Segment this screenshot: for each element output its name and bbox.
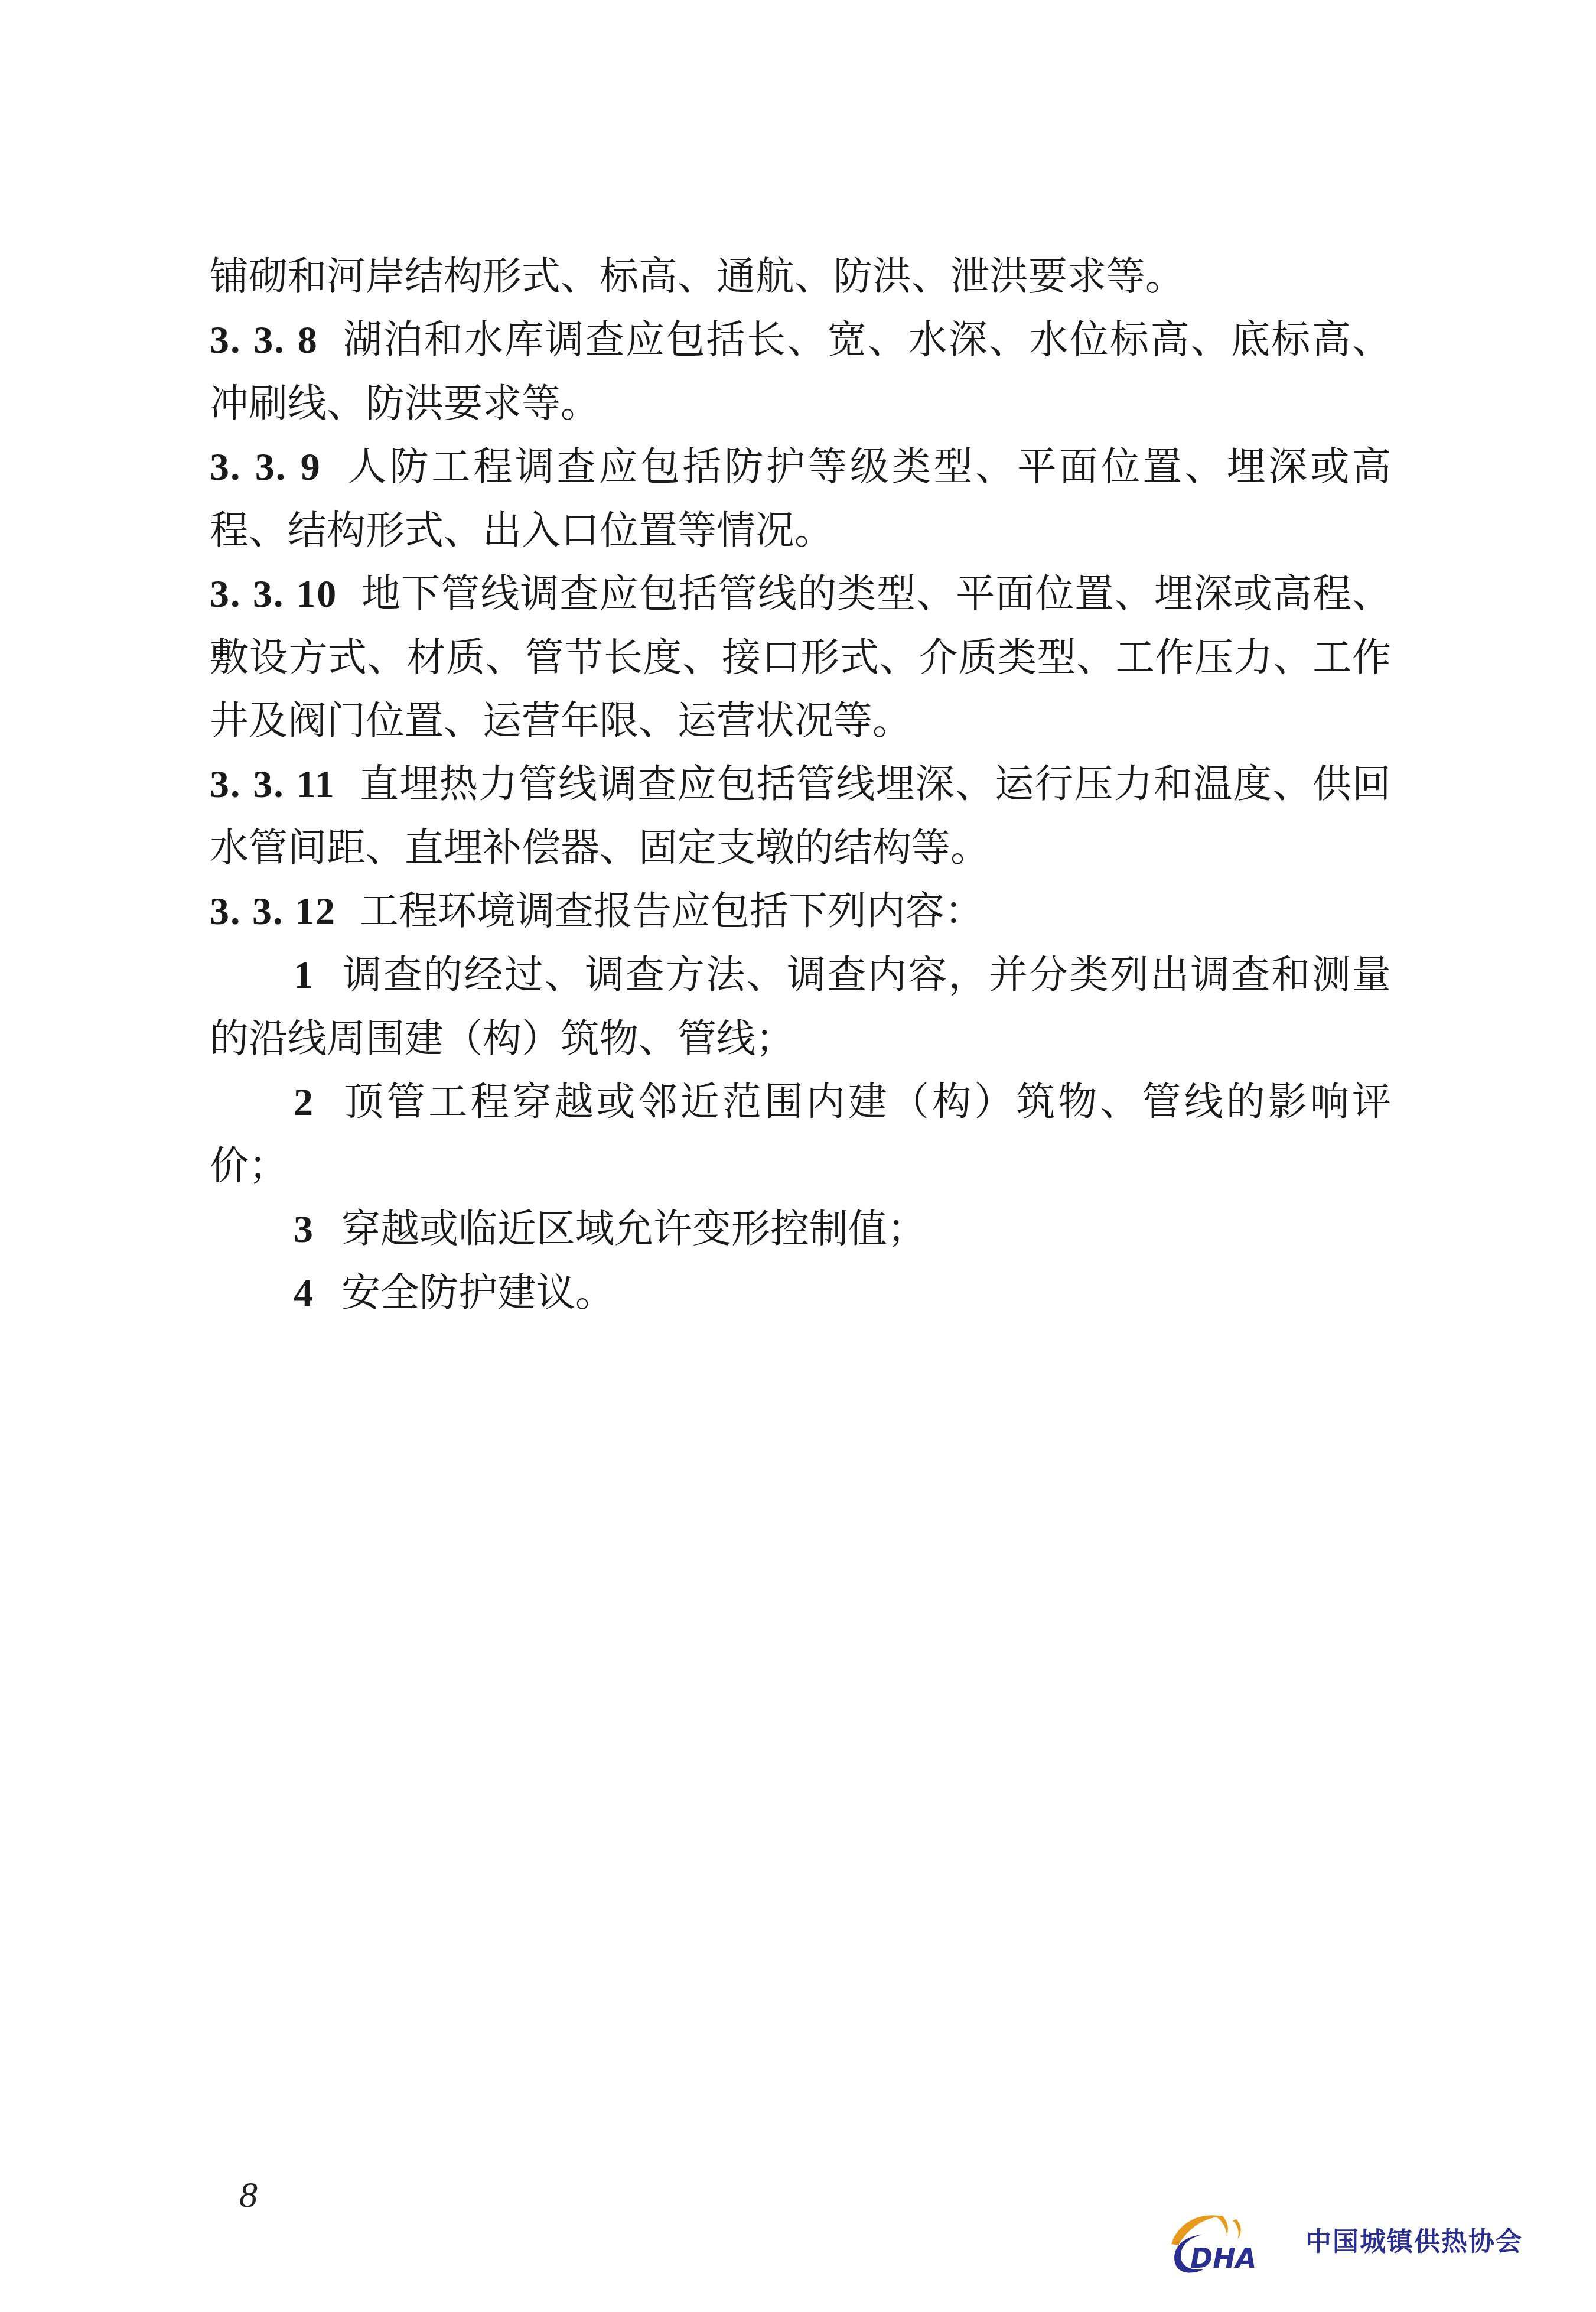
clause-text: 地下管线调查应包括管线的类型、平面位置、埋深或高程、敷设方式、材质、管节长度、接… [210,571,1391,743]
list-item-number: 4 [294,1272,313,1315]
clause-number: 3. 3. 9 [210,446,321,489]
clause-3-3-12: 3. 3. 12工程环境调查报告应包括下列内容： [210,879,1391,943]
list-item-3: 3穿越或临近区域允许变形控制值； [210,1197,1391,1261]
clause-number: 3. 3. 11 [210,763,336,806]
clause-3-3-8: 3. 3. 8湖泊和水库调查应包括长、宽、水深、水位标高、底标高、冲刷线、防洪要… [210,308,1391,435]
clause-text: 人防工程调查应包括防护等级类型、平面位置、埋深或高程、结构形式、出入口位置等情况… [210,444,1391,553]
list-item-number: 2 [294,1081,313,1124]
clause-3-3-11: 3. 3. 11直埋热力管线调查应包括管线埋深、运行压力和温度、供回水管间距、直… [210,752,1391,879]
paragraph-text: 铺砌和河岸结构形式、标高、通航、防洪、泄洪要求等。 [210,253,1184,299]
document-page: 铺砌和河岸结构形式、标高、通航、防洪、泄洪要求等。 3. 3. 8湖泊和水库调查… [0,0,1596,2312]
list-item-text: 顶管工程穿越或邻近范围内建（构）筑物、管线的影响评价； [210,1079,1391,1188]
dha-logo-icon: DHA [1161,2198,1314,2275]
list-item-1: 1调查的经过、调查方法、调查内容，并分类列出调查和测量的沿线周围建（构）筑物、管… [210,943,1391,1070]
list-item-text: 安全防护建议。 [341,1270,614,1315]
clause-number: 3. 3. 8 [210,318,318,362]
list-item-text: 调查的经过、调查方法、调查内容，并分类列出调查和测量的沿线周围建（构）筑物、管线… [210,952,1391,1061]
list-item-2: 2顶管工程穿越或邻近范围内建（构）筑物、管线的影响评价； [210,1070,1391,1197]
page-number: 8 [239,2174,258,2216]
list-item-number: 1 [294,954,313,997]
paragraph-continuation: 铺砌和河岸结构形式、标高、通航、防洪、泄洪要求等。 [210,245,1391,308]
list-item-number: 3 [294,1208,313,1251]
association-logo: DHA 中国城镇供热协会 [1161,2198,1586,2275]
document-body: 铺砌和河岸结构形式、标高、通航、防洪、泄洪要求等。 3. 3. 8湖泊和水库调查… [210,245,1391,1325]
svg-text:DHA: DHA [1190,2242,1256,2274]
list-item-text: 穿越或临近区域允许变形控制值； [341,1206,926,1251]
clause-text: 直埋热力管线调查应包括管线埋深、运行压力和温度、供回水管间距、直埋补偿器、固定支… [210,761,1391,870]
clause-3-3-9: 3. 3. 9人防工程调查应包括防护等级类型、平面位置、埋深或高程、结构形式、出… [210,435,1391,562]
clause-3-3-10: 3. 3. 10地下管线调查应包括管线的类型、平面位置、埋深或高程、敷设方式、材… [210,562,1391,752]
clause-number: 3. 3. 10 [210,573,337,616]
clause-text: 工程环境调查报告应包括下列内容： [360,888,983,934]
clause-number: 3. 3. 12 [210,890,336,933]
association-name: 中国城镇供热协会 [1305,2220,1523,2258]
clause-text: 湖泊和水库调查应包括长、宽、水深、水位标高、底标高、冲刷线、防洪要求等。 [210,317,1391,426]
list-item-4: 4安全防护建议。 [210,1261,1391,1325]
